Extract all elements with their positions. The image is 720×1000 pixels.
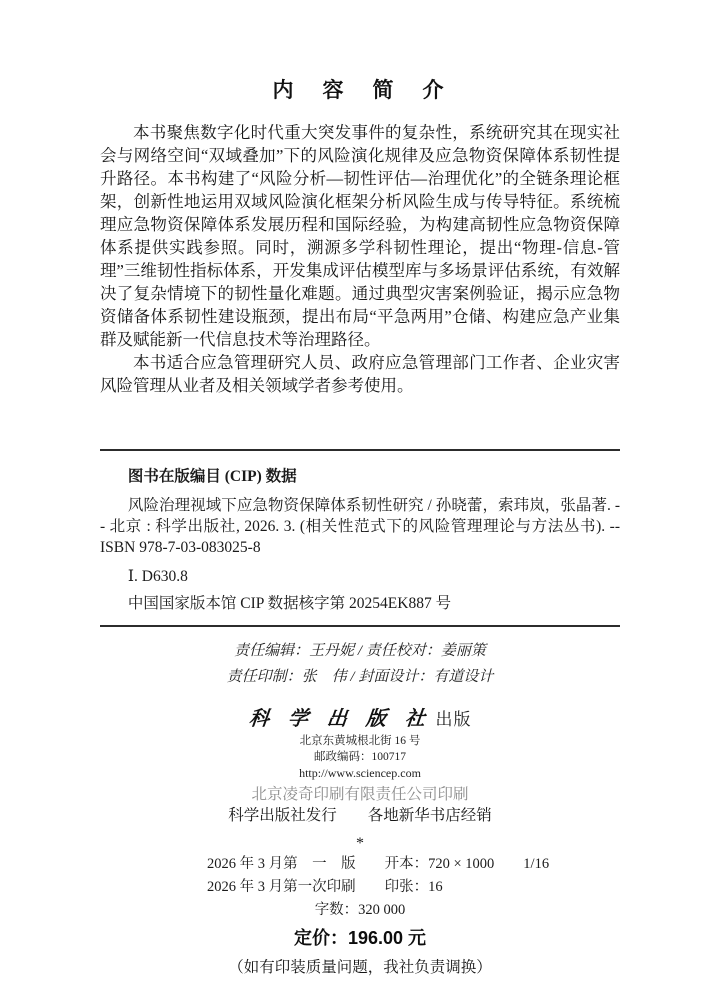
content-summary: 本书聚焦数字化时代重大突发事件的复杂性，系统研究其在现实社会与网络空间“双域叠加… bbox=[100, 121, 620, 397]
publisher-address: 北京东黄城根北街 16 号 bbox=[100, 734, 620, 750]
page-content: 内 容 简 介 本书聚焦数字化时代重大突发事件的复杂性，系统研究其在现实社会与网… bbox=[0, 0, 720, 979]
credits-print-design-line: 责任印制：张 伟 / 封面设计：有道设计 bbox=[100, 664, 620, 690]
summary-paragraph-2: 本书适合应急管理研究人员、政府应急管理部门工作者、企业灾害风险管理从业者及相关领… bbox=[100, 351, 620, 397]
publisher-block: 科 学 出 版 社 出版 北京东黄城根北街 16 号 邮政编码：100717 h… bbox=[100, 706, 620, 827]
publisher-website: http://www.sciencep.com bbox=[100, 765, 620, 781]
separator-asterisk: * bbox=[100, 835, 620, 853]
edition-block: * 2026 年 3 月第 一 版 开本：720 × 1000 1/16 202… bbox=[100, 835, 620, 979]
credits-editors-line: 责任编辑：王丹妮 / 责任校对：姜丽策 bbox=[100, 638, 620, 664]
printer-line: 北京凌奇印刷有限责任公司印刷 bbox=[100, 785, 620, 805]
page-title: 内 容 简 介 bbox=[100, 0, 620, 104]
cip-classification: Ⅰ. D630.8 bbox=[100, 566, 620, 587]
publisher-logo-line: 科 学 出 版 社 出版 bbox=[100, 706, 620, 734]
edition-first-print-line: 2026 年 3 月第 一 版 开本：720 × 1000 1/16 bbox=[207, 853, 620, 876]
cip-record-number: 中国国家版本馆 CIP 数据核字第 20254EK887 号 bbox=[100, 593, 620, 614]
book-copyright-page: 内 容 简 介 本书聚焦数字化时代重大突发事件的复杂性，系统研究其在现实社会与网… bbox=[0, 0, 720, 1000]
publisher-logo-suffix: 出版 bbox=[436, 710, 472, 729]
distribution-line: 科学出版社发行 各地新华书店经销 bbox=[100, 805, 620, 827]
publisher-postcode: 邮政编码：100717 bbox=[100, 750, 620, 766]
cip-catalog-entry: 风险治理视域下应急物资保障体系韧性研究 / 孙晓蕾，索玮岚，张晶著. -- 北京… bbox=[100, 495, 620, 558]
science-press-logo: 科 学 出 版 社 bbox=[247, 706, 433, 732]
staff-credits: 责任编辑：王丹妮 / 责任校对：姜丽策 责任印制：张 伟 / 封面设计：有道设计 bbox=[100, 638, 620, 690]
edition-impression-line: 2026 年 3 月第一次印刷 印张：16 bbox=[207, 876, 620, 899]
cip-heading: 图书在版编目 (CIP) 数据 bbox=[100, 466, 620, 487]
price-line: 定价：196.00 元 bbox=[100, 926, 620, 950]
cip-data-block: 图书在版编目 (CIP) 数据 风险治理视域下应急物资保障体系韧性研究 / 孙晓… bbox=[100, 449, 620, 627]
quality-note-line: （如有印装质量问题，我社负责调换） bbox=[100, 957, 620, 979]
summary-paragraph-1: 本书聚焦数字化时代重大突发事件的复杂性，系统研究其在现实社会与网络空间“双域叠加… bbox=[100, 121, 620, 351]
word-count-line: 字数：320 000 bbox=[100, 899, 620, 922]
